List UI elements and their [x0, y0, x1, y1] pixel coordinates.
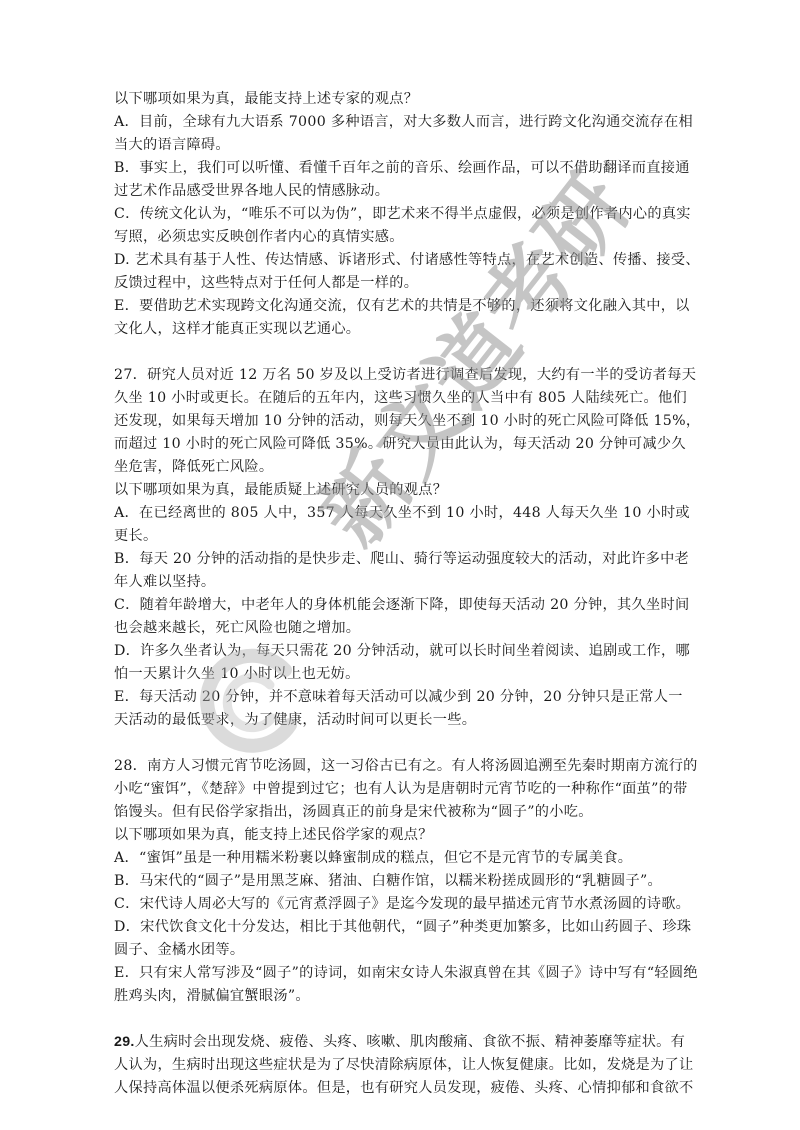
question-stem: 人认为，生病时出现这些症状是为了尽快清除病原体，让人恢复健康。比如，发烧是为了让 — [114, 1054, 688, 1077]
spacer — [114, 341, 688, 364]
option-d-cont: 圆子、金橘水团等。 — [114, 939, 688, 962]
option-c: C．随着年龄增大，中老年人的身体机能会逐渐下降，即使每天活动 20 分钟，其久坐… — [114, 594, 688, 617]
option-a: A．目前，全球有九大语系 7000 多种语言，对大多数人而言，进行跨文化沟通交流… — [114, 111, 688, 134]
option-e-cont: 天活动的最低要求，为了健康，活动时间可以更长一些。 — [114, 709, 688, 732]
option-b: B．每天 20 分钟的活动指的是快步走、爬山、骑行等运动强度较大的活动，对此许多… — [114, 548, 688, 571]
option-a: A．“蜜饵”虽是一种用糯米粉裹以蜂蜜制成的糕点，但它不是元宵节的专属美食。 — [114, 847, 688, 870]
option-e: E．只有宋人常写涉及“圆子”的诗词，如南宋女诗人朱淑真曾在其《圆子》诗中写有“轻… — [114, 962, 688, 985]
option-e: E．要借助艺术实现跨文化沟通交流，仅有艺术的共情是不够的，还须将文化融入其中，以 — [114, 295, 688, 318]
question-stem: 而超过 10 小时的死亡风险可降低 35%。研究人员由此认为，每天活动 20 分… — [114, 433, 688, 456]
option-b: B．马宋代的“圆子”是用黑芝麻、猪油、白糖作馆，以糯米粉搓成圆形的“乳糖圆子”。 — [114, 870, 688, 893]
question-number: 29. — [114, 1034, 135, 1050]
question-prompt: 以下哪项如果为真，能支持上述民俗学家的观点？ — [114, 824, 688, 847]
option-c-cont: 也会越来越长，死亡风险也随之增加。 — [114, 617, 688, 640]
question-stem: 人保持高体温以便杀死病原体。但是，也有研究人员发现，疲倦、头疼、心情抑郁和食欲不 — [114, 1077, 688, 1100]
spacer — [114, 732, 688, 755]
spacer — [114, 1008, 688, 1031]
question-text: 人生病时会出现发烧、疲倦、头疼、咳嗽、肌肉酸痛、食欲不振、精神萎靡等症状。有 — [135, 1034, 686, 1050]
question-stem: 28．南方人习惯元宵节吃汤圆，这一习俗古已有之。有人将汤圆追溯至先秦时期南方流行… — [114, 755, 688, 778]
question-28: 28．南方人习惯元宵节吃汤圆，这一习俗古已有之。有人将汤圆追溯至先秦时期南方流行… — [114, 755, 688, 1008]
option-d: D．许多久坐者认为，每天只需花 20 分钟活动，就可以长时间坐着阅读、追剧或工作… — [114, 640, 688, 663]
option-e-cont: 胜鸡头肉，滑腻偏宜蟹眼汤”。 — [114, 985, 688, 1008]
option-c: C．传统文化认为，“唯乐不可以为伪”，即艺术来不得半点虚假，必须是创作者内心的真… — [114, 203, 688, 226]
option-e-cont: 文化人，这样才能真正实现以艺通心。 — [114, 318, 688, 341]
option-a: A．在已经离世的 805 人中，357 人每天久坐不到 10 小时，448 人每… — [114, 502, 688, 525]
question-stem: 27．研究人员对近 12 万名 50 岁及以上受访者进行调查后发现，大约有一半的… — [114, 364, 688, 387]
question-27: 27．研究人员对近 12 万名 50 岁及以上受访者进行调查后发现，大约有一半的… — [114, 364, 688, 732]
option-b: B．事实上，我们可以听懂、看懂千百年之前的音乐、绘画作品，可以不借助翻译而直接通 — [114, 157, 688, 180]
option-d: D．宋代饮食文化十分发达，相比于其他朝代，“圆子”种类更加繁多，比如山药圆子、珍… — [114, 916, 688, 939]
option-a-cont: 当大的语言障碍。 — [114, 134, 688, 157]
question-prompt: 以下哪项如果为真，最能质疑上述研究人员的观点？ — [114, 479, 688, 502]
option-b-cont: 年人难以坚持。 — [114, 571, 688, 594]
option-e: E．每天活动 20 分钟，并不意味着每天活动可以减少到 20 分钟，20 分钟只… — [114, 686, 688, 709]
question-29: 29.人生病时会出现发烧、疲倦、头疼、咳嗽、肌肉酸痛、食欲不振、精神萎靡等症状。… — [114, 1031, 688, 1100]
option-b-cont: 过艺术作品感受世界各地人民的情感脉动。 — [114, 180, 688, 203]
question-stem: 还发现，如果每天增加 10 分钟的活动，则每天久坐不到 10 小时的死亡风险可降… — [114, 410, 688, 433]
page-content: 以下哪项如果为真，最能支持上述专家的观点？ A．目前，全球有九大语系 7000 … — [114, 88, 688, 1100]
question-stem: 29.人生病时会出现发烧、疲倦、头疼、咳嗽、肌肉酸痛、食欲不振、精神萎靡等症状。… — [114, 1031, 688, 1054]
option-d-cont: 怕一天累计久坐 10 小时以上也无妨。 — [114, 663, 688, 686]
question-prompt: 以下哪项如果为真，最能支持上述专家的观点？ — [114, 88, 688, 111]
question-26-options: 以下哪项如果为真，最能支持上述专家的观点？ A．目前，全球有九大语系 7000 … — [114, 88, 688, 341]
question-stem: 小吃“蜜饵”，《楚辞》中曾提到过它；也有人认为是唐朝时元宵节吃的一种称作“面茧”… — [114, 778, 688, 801]
option-d-cont: 反馈过程中，这些特点对于任何人都是一样的。 — [114, 272, 688, 295]
question-stem: 久坐 10 小时或更长。在随后的五年内，这些习惯久坐的人当中有 805 人陆续死… — [114, 387, 688, 410]
document-page: 以下哪项如果为真，最能支持上述专家的观点？ A．目前，全球有九大语系 7000 … — [0, 0, 800, 1130]
option-a-cont: 更长。 — [114, 525, 688, 548]
option-d: D. 艺术具有基于人性、传达情感、诉诸形式、付诸感性等特点，在艺术创造、传播、接… — [114, 249, 688, 272]
option-c-cont: 写照，必须忠实反映创作者内心的真情实感。 — [114, 226, 688, 249]
question-stem: 馅馒头。但有民俗学家指出，汤圆真正的前身是宋代被称为“圆子”的小吃。 — [114, 801, 688, 824]
option-c: C．宋代诗人周必大写的《元宵煮浮圆子》是迄今发现的最早描述元宵节水煮汤圆的诗歌。 — [114, 893, 688, 916]
question-stem: 坐危害，降低死亡风险。 — [114, 456, 688, 479]
